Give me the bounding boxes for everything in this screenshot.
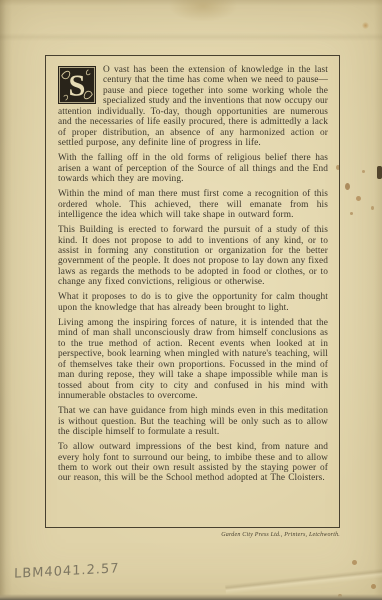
printer-credit: Garden City Press Ltd., Printers, Letchw… — [45, 531, 340, 539]
foxing-spot — [345, 183, 350, 190]
paragraph: This Building is erected to forward the … — [58, 225, 328, 288]
foxing-spot — [362, 22, 369, 29]
drop-cap-initial-s-ornament: S — [58, 66, 96, 104]
foxing-spot — [371, 206, 374, 210]
paragraph: Within the mind of man there must first … — [58, 189, 328, 220]
paragraph: To allow outward impressions of the best… — [58, 442, 328, 484]
paper-crease — [224, 559, 382, 599]
paragraph: That we can have guidance from high mind… — [58, 406, 328, 437]
paragraph-text: O vast has been the extension of knowled… — [58, 65, 328, 148]
paper-crease — [0, 30, 382, 44]
body-text: S O vast has been the extension of knowl… — [46, 56, 339, 484]
paragraph: What it proposes to do is to give the op… — [58, 292, 328, 313]
foxing-spot — [362, 170, 365, 173]
foxing-spot — [371, 584, 376, 589]
page-edge-mark — [377, 166, 382, 179]
paragraph: S O vast has been the extension of knowl… — [58, 65, 328, 149]
paper-bottom-edge — [0, 594, 382, 600]
paper-stain — [168, 0, 238, 22]
scanned-document-page: S O vast has been the extension of knowl… — [0, 0, 382, 600]
foxing-spot — [356, 196, 361, 201]
foxing-spot — [350, 212, 353, 215]
svg-text:S: S — [69, 68, 86, 102]
catalog-number-handwritten: LBM4041.2.57 — [14, 561, 120, 582]
text-border-frame: S O vast has been the extension of knowl… — [45, 55, 340, 528]
foxing-spot — [352, 560, 357, 565]
paragraph: With the falling off in the old forms of… — [58, 153, 328, 184]
paragraph: Living among the inspiring forces of nat… — [58, 318, 328, 402]
